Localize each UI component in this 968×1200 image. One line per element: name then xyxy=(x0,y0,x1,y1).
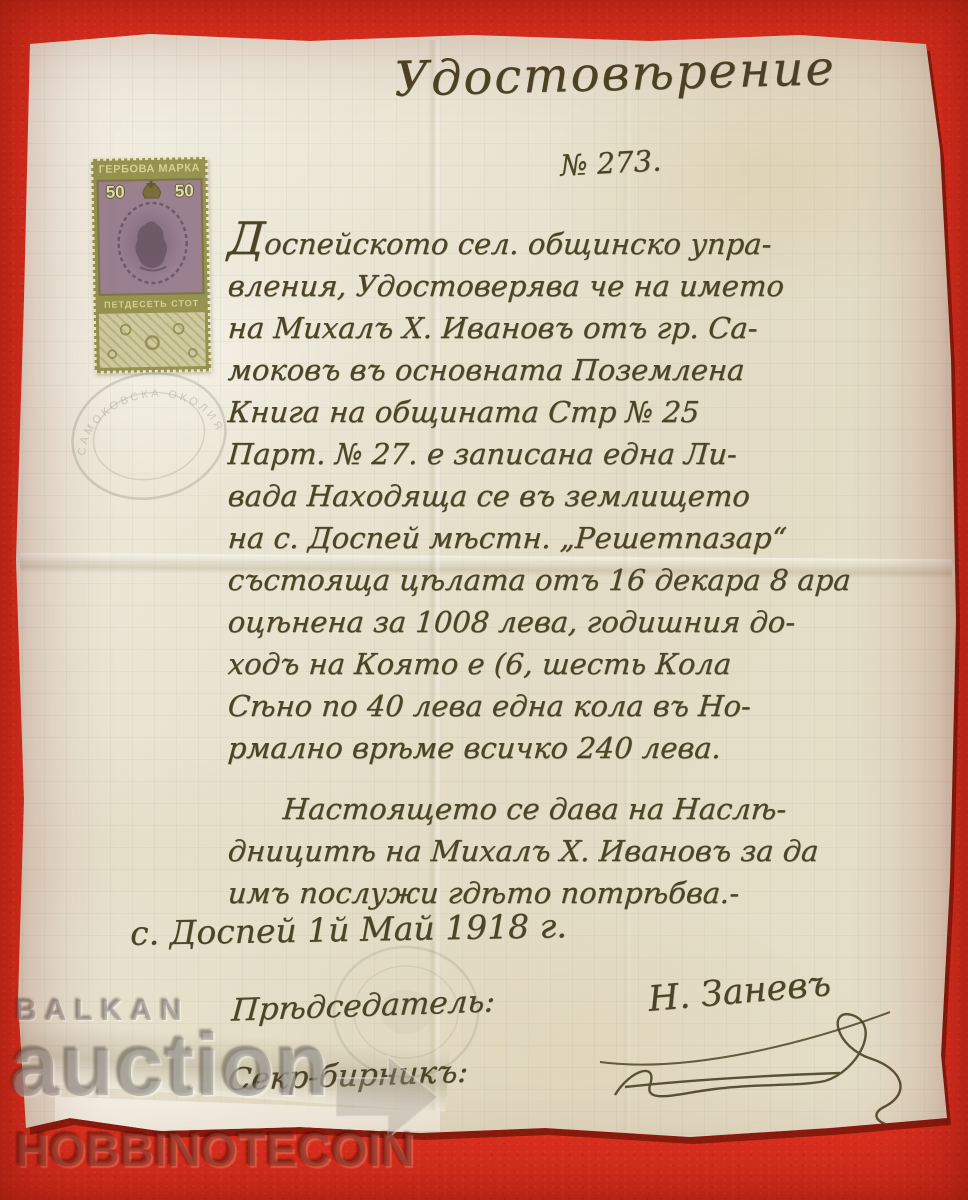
secretary-label: Секр-бирникъ: xyxy=(226,1054,469,1098)
stamp-value-left: 50 xyxy=(106,182,125,202)
document-number: № 273. xyxy=(559,143,662,182)
body-line: състояща цѣлата отъ 16 декара 8 ара xyxy=(227,559,945,601)
revenue-stamp: ГЕРБОВА МАРКА 50 50 ПЕТДЕСЕТЬ СТОТ xyxy=(91,157,211,373)
stamp-value-right: 50 xyxy=(175,181,194,201)
body-paragraph-1: Доспейското сел. общинско упра- вления, … xyxy=(228,218,943,769)
body-line: рмално врѣме всичко 240 лева. xyxy=(227,727,945,769)
body-line: Доспейското сел. общинско упра- xyxy=(226,218,944,265)
auction-photo-red-mat: ГЕРБОВА МАРКА 50 50 ПЕТДЕСЕТЬ СТОТ xyxy=(0,0,968,1200)
body-line: на Михалъ Х. Ивановъ отъ гр. Са- xyxy=(227,307,945,349)
date-line: с. Доспей 1й Май 1918 г. xyxy=(130,906,567,953)
document-title: Удостовѣрение xyxy=(324,38,905,109)
body-line: имъ послужи гдѣто потрѣбва.- xyxy=(227,872,945,914)
document-paper: ГЕРБОВА МАРКА 50 50 ПЕТДЕСЕТЬ СТОТ xyxy=(0,0,968,1200)
municipal-ink-seal: САМОКОВСКА ОКОЛИЯ xyxy=(56,355,242,518)
revenue-stamp-vignette: 50 50 xyxy=(97,178,205,296)
body-line: ходъ на Която е (6, шесть Кола xyxy=(227,643,945,685)
body-paragraph-2: Настоящето се дава на Наслѣ- дницитѣ на … xyxy=(228,788,943,914)
body-line: моковъ въ основната Поземлена xyxy=(227,349,945,391)
body-line: Книга на общината Стр № 25 xyxy=(227,391,945,433)
body-line: дницитѣ на Михалъ Х. Ивановъ за да xyxy=(227,830,945,872)
body-line: вада Находяща се въ землището xyxy=(227,475,945,517)
revenue-stamp-denomination: ПЕТДЕСЕТЬ СТОТ xyxy=(94,294,210,314)
chairman-signature: Н. Заневъ xyxy=(647,964,833,1020)
revenue-stamp-header: ГЕРБОВА МАРКА xyxy=(91,157,207,180)
body-line: вления, Удостоверява че на името xyxy=(227,265,945,307)
body-line: оцѣнена за 1008 лева, годишния до- xyxy=(227,601,945,643)
body-line: на с. Доспей мѣстн. „Решетпазар“ xyxy=(227,517,945,559)
body-line: Парт. № 27. е записана една Ли- xyxy=(227,433,945,475)
body-line: Сѣно по 40 лева една кола въ Но- xyxy=(227,685,945,727)
body-line: Настоящето се дава на Наслѣ- xyxy=(227,788,945,830)
